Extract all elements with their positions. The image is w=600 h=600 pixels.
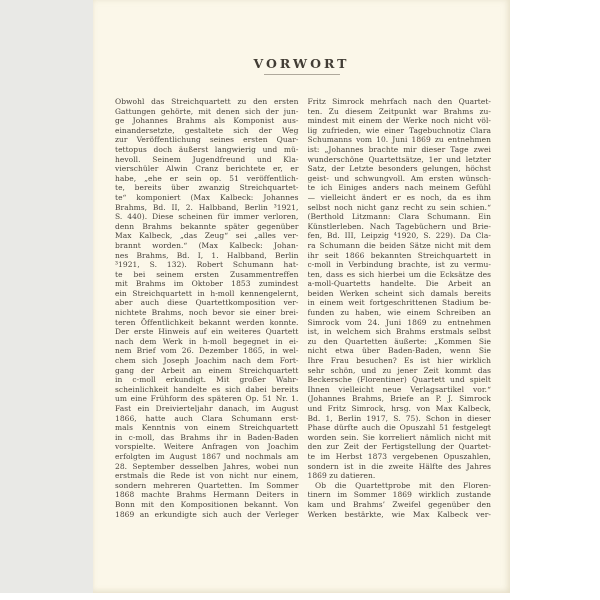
text-line: sehr schön, und zu jener Zeit kommt das	[308, 366, 492, 376]
text-line: chem sich Joseph Joachim nach dem Fort-	[115, 356, 299, 366]
text-line: habe, „ehe er sein op. 51 veröffentlich-	[115, 174, 299, 184]
text-line: und Fritz Simrock, hrsg. von Max Kalbeck…	[308, 404, 492, 414]
text-line: te“ komponiert (Max Kalbeck: Johannes	[115, 193, 299, 203]
text-line: Fast ein Dreivierteljahr danach, im Augu…	[115, 404, 299, 414]
text-line: Simrock vom 24. Juni 1869 zu entnehmen	[308, 318, 492, 328]
text-line: Künstlerleben. Nach Tagebüchern und Brie…	[308, 222, 492, 232]
book-page: VORWORT Obwohl das Streichquartett zu de…	[93, 0, 510, 593]
text-line: nach dem Werk in h-moll begegnet in ei-	[115, 337, 299, 347]
text-line: mals Kenntnis von einem Streichquartett	[115, 423, 299, 433]
text-line: sondern ist in die zweite Hälfte des Jah…	[308, 462, 492, 472]
text-line: vierschüler Alwin Cranz berichtete er, e…	[115, 164, 299, 174]
text-line: scheinlichkeit handelte es sich dabei be…	[115, 385, 299, 395]
page-title: VORWORT	[93, 0, 510, 71]
text-line: Max Kalbeck, „das Zeug“ sei „alles ver-	[115, 231, 299, 241]
text-line: denn Brahms bekannte später gegenüber	[115, 222, 299, 232]
text-line: funden zu haben, wie einem Schreiben an	[308, 308, 492, 318]
text-line: Der erste Hinweis auf ein weiteres Quart…	[115, 327, 299, 337]
text-line: te, bereits über zwanzig Streichquartet-	[115, 183, 299, 193]
text-line: mit Brahms im Oktober 1853 zumindest	[115, 279, 299, 289]
text-line: 1869 an erkundigte sich auch der Verlege…	[115, 510, 299, 520]
text-line: erstmals die Rede ist von nicht nur eine…	[115, 471, 299, 481]
text-line: geist- und schwungvoll. Am ersten wünsch…	[308, 174, 492, 184]
text-line: ihr seit 1866 bekannten Streichquartett …	[308, 251, 492, 261]
text-line: mindest mit einem der Werke noch nicht v…	[308, 116, 492, 126]
text-line: einandersetzte, gestaltete sich der Weg	[115, 126, 299, 136]
text-line: 1869 zu datieren.	[308, 471, 492, 481]
text-line: selbst noch nicht ganz recht zu sein sch…	[308, 203, 492, 213]
text-line: nicht etwa über Baden-Baden, wenn Sie	[308, 346, 492, 356]
text-line: sondern mehreren Quartetten. Im Sommer	[115, 481, 299, 491]
text-line: tinern im Sommer 1869 wirklich zustande	[308, 490, 492, 500]
text-line: aber auch diese Quartettkomposition ver-	[115, 298, 299, 308]
text-line: tettopus doch äußerst langwierig und mü-	[115, 145, 299, 155]
text-line: in c-moll, das Brahms ihr in Baden-Baden	[115, 433, 299, 443]
text-line: Beckersche (Florentiner) Quartett und sp…	[308, 375, 492, 385]
text-line: (Johannes Brahms, Briefe an P. J. Simroc…	[308, 394, 492, 404]
text-line: zur Veröffentlichung seines ersten Quar-	[115, 135, 299, 145]
text-line: ra Schumann die beiden Sätze nicht mit d…	[308, 241, 492, 251]
text-line: in c-moll erkundigt. Mit großer Wahr-	[115, 375, 299, 385]
text-line: Brahms, Bd. II, 2. Halbband, Berlin ³192…	[115, 203, 299, 213]
text-line: — vielleicht ändert er es noch, da es ih…	[308, 193, 492, 203]
text-line: wunderschöne Quartettsätze, 1er und letz…	[308, 155, 492, 165]
text-line: 1868 machte Brahms Hermann Deiters in	[115, 490, 299, 500]
text-line: nichtete Brahms, noch bevor sie einer br…	[115, 308, 299, 318]
text-line: ³1921, S. 132). Robert Schumann hat-	[115, 260, 299, 270]
text-line: te bei seinem ersten Zusammentreffen	[115, 270, 299, 280]
text-line: ist: „Johannes brachte mir dieser Tage z…	[308, 145, 492, 155]
text-line: te im Herbst 1873 vergebenen Opuszahlen,	[308, 452, 492, 462]
text-line: gang der Arbeit an einem Streichquartett	[115, 366, 299, 376]
text-line: ist, in welchem sich Brahms erstmals sel…	[308, 327, 492, 337]
text-line: in einem weit fortgeschrittenen Stadium …	[308, 298, 492, 308]
text-line: beiden Werken scheint sich damals bereit…	[308, 289, 492, 299]
text-line: erfolgten im August 1867 und nochmals am	[115, 452, 299, 462]
text-line: Bonn mit den Kompositionen bekannt. Von	[115, 500, 299, 510]
title-rule	[264, 74, 340, 75]
text-column-right: Fritz Simrock mehrfach nach den Quartet-…	[308, 97, 492, 519]
text-line: S. 440). Diese scheinen für immer verlor…	[115, 212, 299, 222]
text-line: (Berthold Litzmann: Clara Schumann. Ein	[308, 212, 492, 222]
text-line: Phase dürfte auch die Opuszahl 51 festge…	[308, 423, 492, 433]
text-line: Ob die Quartettprobe mit den Floren-	[308, 481, 492, 491]
text-line: Gattungen gehörte, mit denen sich der ju…	[115, 107, 299, 117]
text-line: Ihnen vielleicht neue Verlagsartikel vor…	[308, 385, 492, 395]
text-line: zu den Quartetten äußerte: „Kommen Sie	[308, 337, 492, 347]
text-line: vorspielte. Weitere Anfragen von Joachim	[115, 442, 299, 452]
text-columns: Obwohl das Streichquartett zu den ersten…	[115, 97, 491, 519]
text-line: teren Öffentlichkeit bekannt werden konn…	[115, 318, 299, 328]
text-line: c-moll in Verbindung brachte, ist zu ver…	[308, 260, 492, 270]
text-line: Fritz Simrock mehrfach nach den Quartet-	[308, 97, 492, 107]
text-line: den zur Zeit der Fertigstellung der Quar…	[308, 442, 492, 452]
text-line: um eine Frühform des späteren Op. 51 Nr.…	[115, 394, 299, 404]
text-line: ten, dass es sich hierbei um die Ecksätz…	[308, 270, 492, 280]
text-line: brannt worden.“ (Max Kalbeck: Johan-	[115, 241, 299, 251]
text-line: ten. Zu diesem Zeitpunkt war Brahms zu-	[308, 107, 492, 117]
text-line: hevoll. Seinem Jugendfreund und Kla-	[115, 155, 299, 165]
text-line: nes Brahms, Bd. I, 1. Halbband, Berlin	[115, 251, 299, 261]
text-line: Bd. 1, Berlin 1917, S. 75). Schon in die…	[308, 414, 492, 424]
text-line: fen, Bd. III, Leipzig ⁴1920, S. 229). Da…	[308, 231, 492, 241]
text-column-left: Obwohl das Streichquartett zu den ersten…	[115, 97, 299, 519]
text-line: ein Streichquartett in h-moll kennengele…	[115, 289, 299, 299]
text-line: ge Johannes Brahms als Komponist aus-	[115, 116, 299, 126]
text-line: Schumanns vom 10. Juni 1869 zu entnehmen	[308, 135, 492, 145]
text-line: te ich Einiges anders nach meinem Gefühl	[308, 183, 492, 193]
text-line: worden sein. Sie korreliert nämlich nich…	[308, 433, 492, 443]
text-line: lig zufrieden, wie einer Tagebuchnotiz C…	[308, 126, 492, 136]
text-line: Ihre Frau besuchen? Es ist hier wirklich	[308, 356, 492, 366]
text-line: a-moll-Quartetts handelte. Die Arbeit an	[308, 279, 492, 289]
text-line: Werken bestärkte, wie Max Kalbeck ver-	[308, 510, 492, 520]
text-line: Satz, der Letzte besonders gelungen, höc…	[308, 164, 492, 174]
text-line: 28. September desselben Jahres, wobei nu…	[115, 462, 299, 472]
text-line: nem Brief vom 26. Dezember 1865, in wel-	[115, 346, 299, 356]
text-line: Obwohl das Streichquartett zu den ersten	[115, 97, 299, 107]
text-line: 1866, hatte auch Clara Schumann erst-	[115, 414, 299, 424]
scan-left-margin	[0, 0, 93, 593]
text-line: kam und Brahms’ Zweifel gegenüber den	[308, 500, 492, 510]
